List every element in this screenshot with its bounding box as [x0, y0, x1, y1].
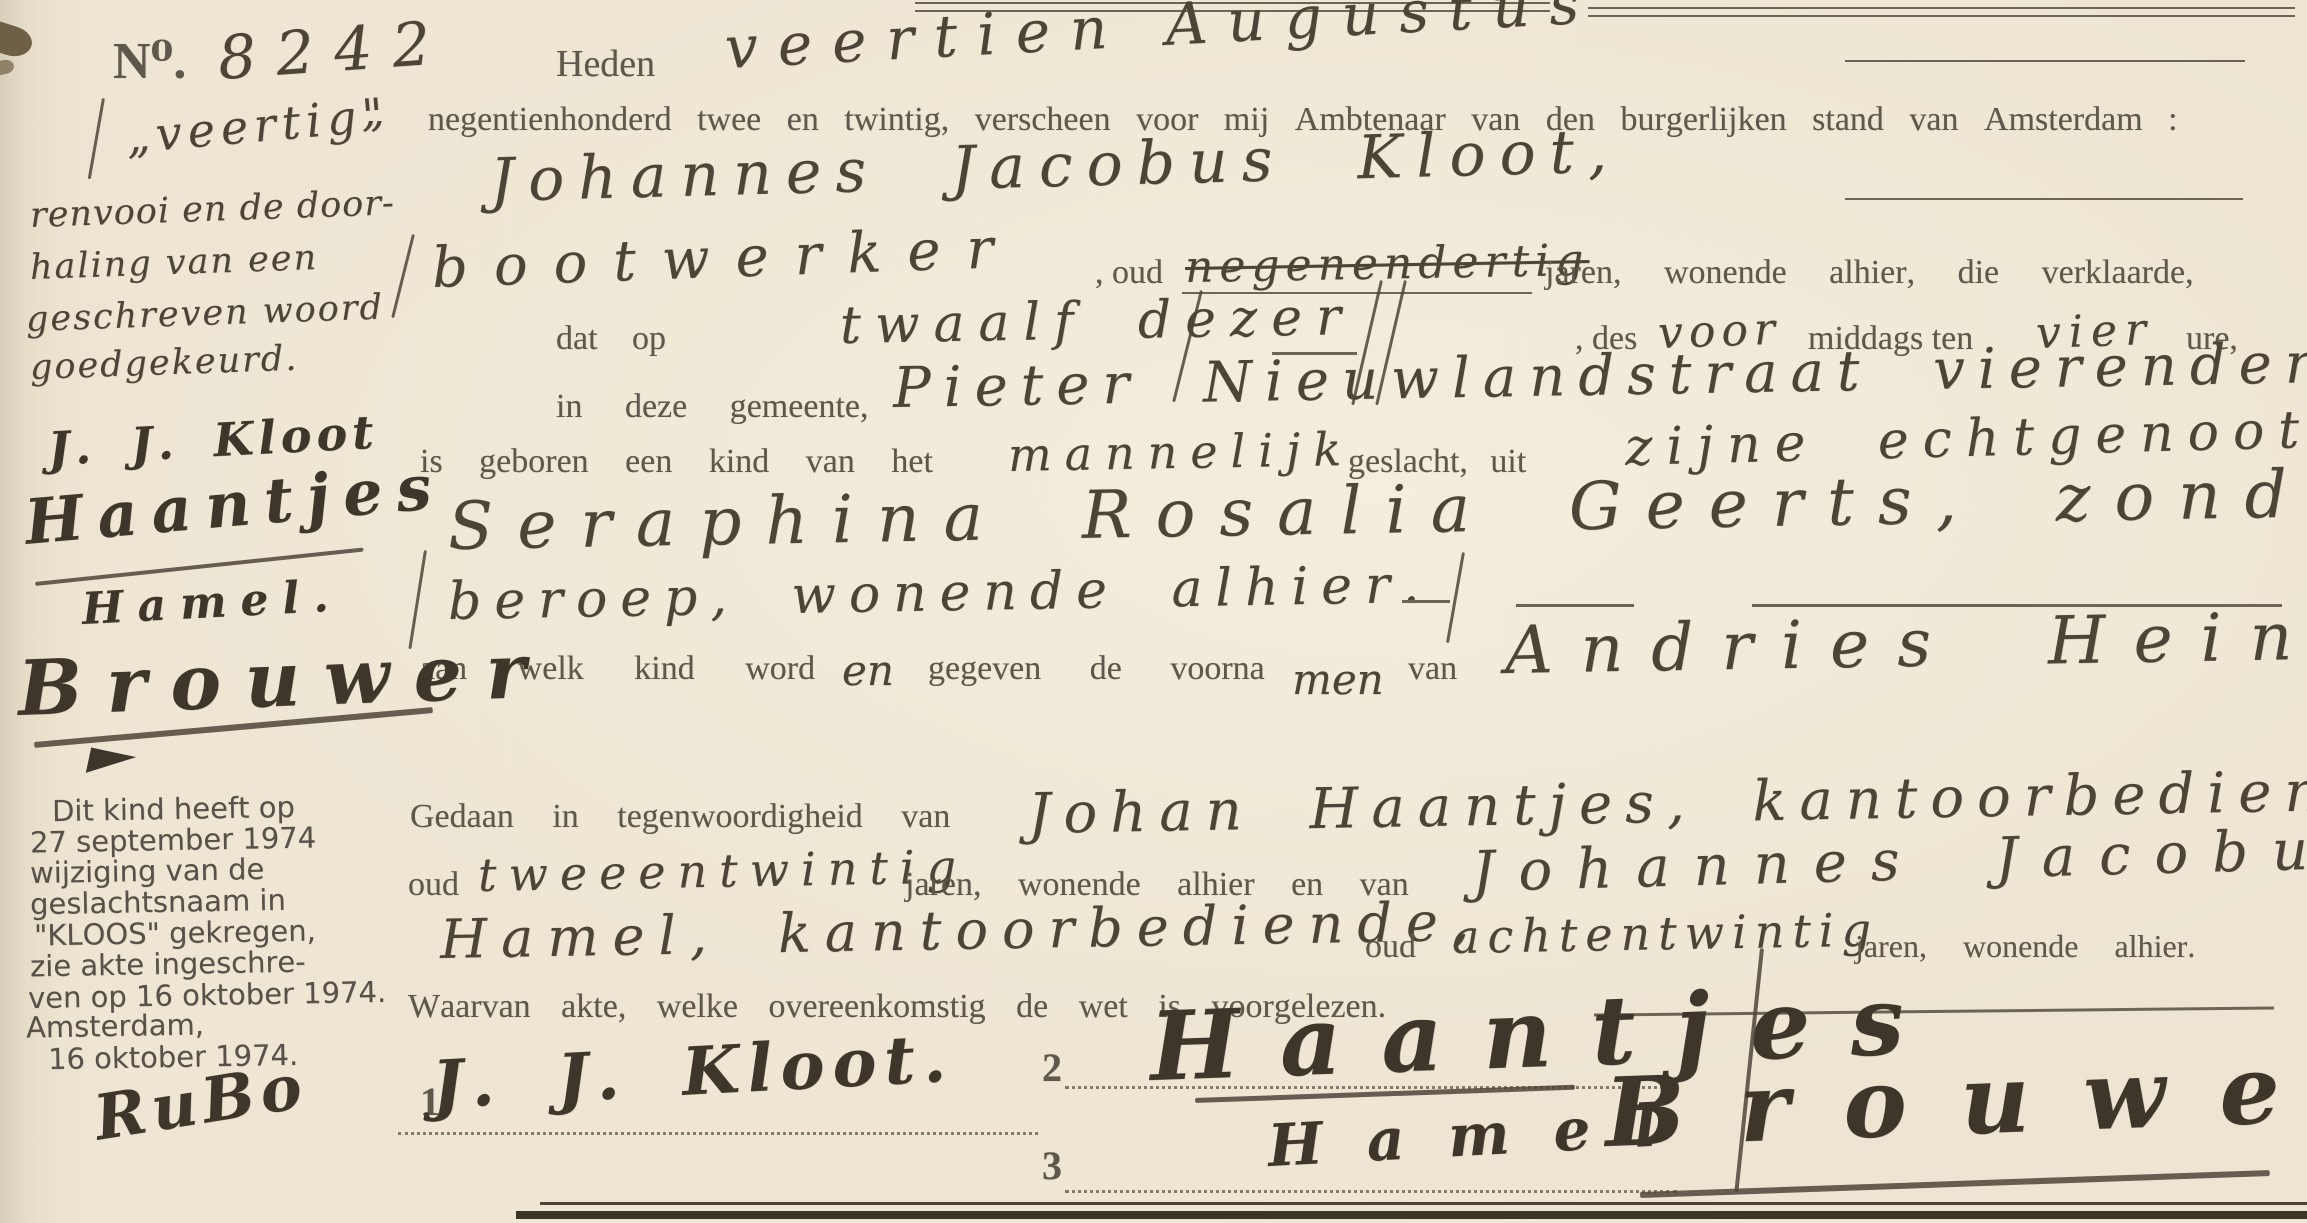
torn-edge-mark [0, 21, 36, 62]
margin-approved-word: „veertig" [124, 87, 392, 164]
form-rule-mother-a [1516, 604, 1634, 607]
oud3-label: oud [1365, 928, 1416, 966]
form-rule-name [1845, 198, 2243, 200]
margin-approval-line-4: goedgekeurd. [29, 339, 299, 388]
margin-approval-line-2: haling van een [29, 238, 318, 288]
names-insert-b: men [1292, 655, 1384, 704]
heden-label: Heden [556, 42, 655, 86]
names-label-c: van [1408, 650, 1457, 688]
gedaan-label: Gedaan in tegenwoordigheid van [410, 798, 950, 836]
datop-label: dat op [556, 320, 666, 358]
pen-stroke-margin-paren [88, 98, 105, 179]
declarant-age-line: jaren, wonende alhier, die verklaarde, [1545, 254, 2194, 292]
signature-line-3 [1065, 1190, 1677, 1193]
sig-number-3: 3 [1042, 1142, 1062, 1189]
oud2-label: oud [408, 866, 459, 904]
witness1-age-entry: tweeentwintig [478, 839, 969, 902]
form-rule-bottom-1 [540, 1202, 2307, 1205]
margin-approval-line-1: renvooi en de door- [29, 183, 395, 236]
form-rule-top-2b [1588, 15, 2295, 17]
birthdate-entry: twaalf dezer [839, 287, 1355, 356]
witness2-after-label: jaren, wonende alhier. [1855, 928, 2195, 965]
mother-occupation-entry: beroep, wonende alhier. [447, 555, 1432, 632]
witness2-name2-entry: Hamel, kantoorbediende, [439, 890, 1483, 971]
signature-kloot: J. J. Kloot. [430, 1019, 956, 1124]
birth-certificate-document: N⁰. 8242 Heden veertien Augustus „ negen… [0, 0, 2307, 1223]
occupation-entry: bootwerker [431, 216, 1020, 301]
child-names-entry: Andries Hein. [1504, 597, 2307, 689]
geboren-label: is geboren een kind van het [420, 443, 933, 481]
form-rule-bottom-2 [516, 1211, 2307, 1219]
witness2-age-entry: achtentwintig [1452, 903, 1880, 964]
names-label-b: gegeven de voorna [928, 650, 1265, 688]
pen-stroke-arrowhead [86, 748, 136, 783]
signature-line-1 [398, 1132, 1038, 1135]
margin-sig-official: Brouwer [16, 625, 551, 733]
pen-stroke-occupation [391, 234, 415, 318]
margin-approval-line-3: geschreven woord [25, 288, 384, 340]
act-number: 8242 [216, 8, 453, 94]
date-entry: veertien Augustus [723, 0, 1600, 82]
torn-edge-mark-small [0, 58, 15, 75]
sig-number-2: 2 [1042, 1044, 1062, 1091]
form-rule-top-2a [1588, 7, 2295, 9]
gemeente-label: in deze gemeente, [556, 388, 868, 426]
margin-sig-hamel: Hamel. [81, 570, 344, 635]
form-rule-date [1845, 60, 2245, 62]
oud-label: , oud [1095, 254, 1163, 292]
act-number-label: N⁰. [113, 30, 186, 91]
names-insert-a: en [842, 646, 894, 695]
struck-age-entry: negenendertig [1185, 235, 1590, 293]
form-rule-dash-mother [1402, 600, 1450, 603]
pen-stroke-5 [1446, 552, 1465, 643]
